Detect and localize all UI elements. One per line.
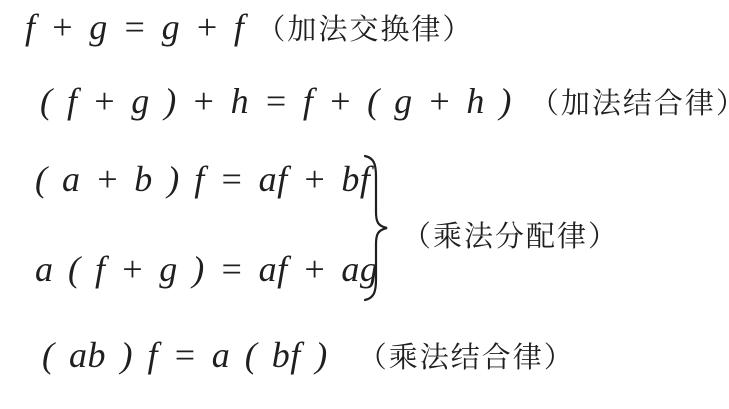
formula-distributive-2: a ( f + g ) = af + ag: [35, 249, 378, 289]
label-distributive-row: （乘法分配律）: [402, 214, 619, 255]
law-addition-commutative: f + g = g + f （加法交换律）: [25, 6, 473, 48]
label-multiplication-associative: （乘法结合律）: [358, 342, 575, 374]
formula-multiplication-associative: ( ab ) f = a ( bf ): [42, 335, 328, 375]
law-multiplication-associative: ( ab ) f = a ( bf ) （乘法结合律）: [42, 334, 575, 376]
formula-addition-associative: ( f + g ) + h = f + ( g + h ): [40, 81, 512, 121]
law-distributive-formula-2-row: a ( f + g ) = af + ag: [35, 248, 378, 290]
formula-distributive-1: ( a + b ) f = af + bf: [35, 159, 370, 199]
label-multiplication-distributive: （乘法分配律）: [402, 221, 619, 253]
right-brace: [362, 154, 390, 302]
law-addition-associative: ( f + g ) + h = f + ( g + h ) （加法结合律）: [40, 80, 729, 122]
label-addition-commutative: （加法交换律）: [256, 14, 473, 46]
label-addition-associative: （加法结合律）: [530, 88, 729, 120]
law-distributive-formula-1-row: ( a + b ) f = af + bf: [35, 158, 370, 200]
formula-addition-commutative: f + g = g + f: [25, 7, 244, 47]
